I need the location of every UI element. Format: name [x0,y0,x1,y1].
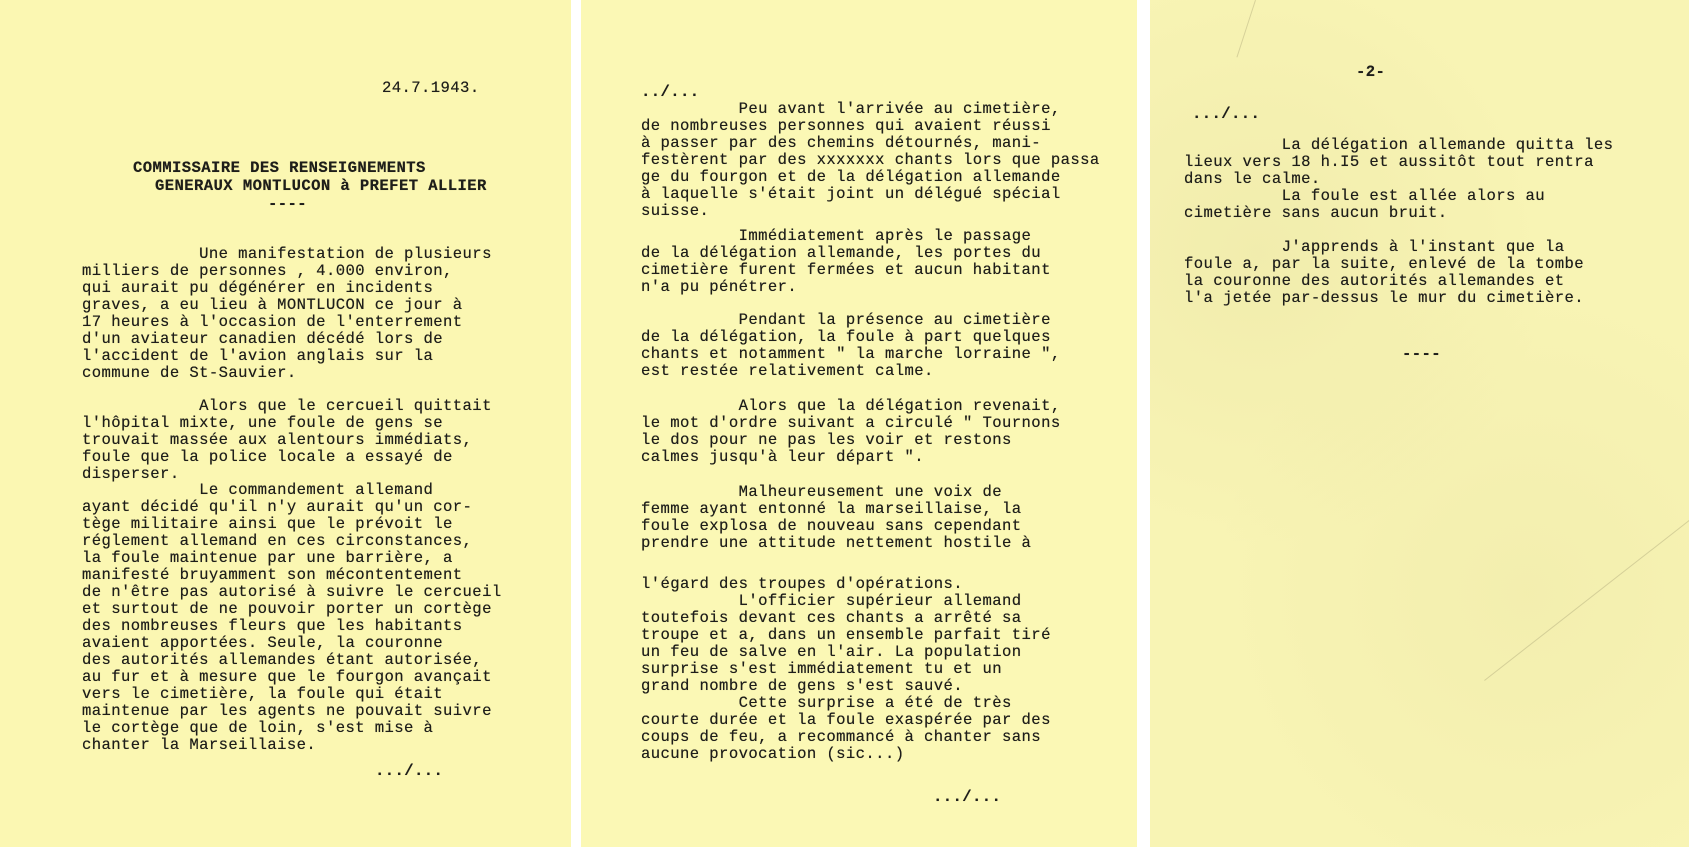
continuation-marker: .../... [933,789,1001,806]
document-page-3: -2- .../... La délégation allemande quit… [1150,0,1689,847]
text-line: cimetière sans aucun bruit. [1184,205,1447,222]
text-line: dans le calme. [1184,171,1321,188]
text-line: Une manifestation de plusieurs [82,246,492,263]
text-line: La délégation allemande quitta les [1184,137,1613,154]
text-line: calmes jusqu'à leur départ ". [641,449,924,466]
text-line: troupe et a, dans un ensemble parfait ti… [641,627,1051,644]
text-line: manifesté bruyamment son mécontentement [82,567,463,584]
text-line: surprise s'est immédiatement tu et un [641,661,1002,678]
text-line: La foule est allée alors au [1184,188,1545,205]
text-line: Pendant la présence au cimetière [641,312,1051,329]
text-line: Alors que le cercueil quittait [82,398,492,415]
text-line: l'accident de l'avion anglais sur la [82,348,433,365]
continuation-marker-top: .../... [1192,106,1260,123]
text-line: Alors que la délégation revenait, [641,398,1061,415]
text-line: la foule maintenue par une barrière, a [82,550,453,567]
text-line: vers le cimetière, la foule qui était [82,686,443,703]
text-line: graves, a eu lieu à MONTLUCON ce jour à [82,297,463,314]
text-line: le cortège que de loin, s'est mise à [82,720,433,737]
text-line: des nombreuses fleurs que les habitants [82,618,463,635]
text-line: Immédiatement après le passage [641,228,1031,245]
text-line: chants et notamment " la marche lorraine… [641,346,1061,363]
text-line: coups de feu, a recommancé à chanter san… [641,729,1041,746]
text-line: avaient apportées. Seule, la couronne [82,635,443,652]
text-line: la couronne des autorités allemandes et [1184,273,1565,290]
text-line: l'a jetée par-dessus le mur du cimetière… [1184,290,1584,307]
text-line: femme ayant entonné la marseillaise, la [641,501,1022,518]
end-divider: ---- [1402,346,1441,363]
text-line: réglement allemand en ces circonstances, [82,533,472,550]
text-line: d'un aviateur canadien décédé lors de [82,331,443,348]
text-line: toutefois devant ces chants a arrêté sa [641,610,1022,627]
page-number: -2- [1356,64,1385,81]
text-line: foule que la police locale a essayé de [82,449,453,466]
text-line: foule a, par la suite, enlevé de la tomb… [1184,256,1584,273]
continuation-marker-top: ../... [641,84,700,101]
text-line: Peu avant l'arrivée au cimetière, [641,101,1061,118]
text-line: n'a pu pénétrer. [641,279,797,296]
paper-crease [1236,0,1255,57]
text-line: aucune provocation (sic...) [641,746,904,763]
text-line: maintenue par les agents ne pouvait suiv… [82,703,492,720]
text-line: Malheureusement une voix de [641,484,1002,501]
text-line: tège militaire ainsi que le prévoit le [82,516,453,533]
text-line: milliers de personnes , 4.000 environ, [82,263,453,280]
text-line: est restée relativement calme. [641,363,934,380]
text-line: un feu de salve en l'air. La population [641,644,1022,661]
text-line: ayant décidé qu'il n'y aurait qu'un cor- [82,499,472,516]
text-line: prendre une attitude nettement hostile à [641,535,1031,552]
document-page-2: ../... Peu avant l'arrivée au cimetière,… [581,0,1137,847]
text-line: courte durée et la foule exaspérée par d… [641,712,1051,729]
date: 24.7.1943. [382,80,480,97]
header-divider: ---- [268,196,307,213]
text-line: foule explosa de nouveau sans cependant [641,518,1022,535]
text-line: Cette surprise a été de très [641,695,1012,712]
text-line: et surtout de ne pouvoir porter un cortè… [82,601,492,618]
text-line: de nombreuses personnes qui avaient réus… [641,118,1051,135]
text-line: l'égard des troupes d'opérations. [641,576,963,593]
header-line-1: COMMISSAIRE DES RENSEIGNEMENTS [133,160,426,177]
text-line: cimetière furent fermées et aucun habita… [641,262,1051,279]
text-line: à passer par des chemins détournés, mani… [641,135,1041,152]
text-line: le mot d'ordre suivant a circulé " Tourn… [641,415,1061,432]
text-line: Le commandement allemand [82,482,433,499]
text-line: des autorités allemandes étant autorisée… [82,652,482,669]
text-line: ge du fourgon et de la délégation allema… [641,169,1061,186]
text-line: de n'être pas autorisé à suivre le cercu… [82,584,502,601]
text-line: festèrent par des xxxxxxx chants lors qu… [641,152,1100,169]
text-line: de la délégation allemande, les portes d… [641,245,1041,262]
text-line: chanter la Marseillaise. [82,737,316,754]
text-line: J'apprends à l'instant que la [1184,239,1565,256]
continuation-marker: .../... [375,763,443,780]
text-line: de la délégation, la foule à part quelqu… [641,329,1051,346]
text-line: l'hôpital mixte, une foule de gens se [82,415,443,432]
text-line: suisse. [641,203,709,220]
header-line-2: GENERAUX MONTLUCON à PREFET ALLIER [155,178,487,195]
text-line: le dos pour ne pas les voir et restons [641,432,1012,449]
document-page-1: 24.7.1943. COMMISSAIRE DES RENSEIGNEMENT… [0,0,571,847]
text-line: lieux vers 18 h.I5 et aussitôt tout rent… [1184,154,1594,171]
text-line: à laquelle s'était joint un délégué spéc… [641,186,1061,203]
text-line: 17 heures à l'occasion de l'enterrement [82,314,463,331]
paper-crease [1484,520,1689,681]
text-line: L'officier supérieur allemand [641,593,1022,610]
text-line: grand nombre de gens s'est sauvé. [641,678,963,695]
text-line: au fur et à mesure que le fourgon avança… [82,669,492,686]
text-line: trouvait massée aux alentours immédiats, [82,432,472,449]
text-line: qui aurait pu dégénérer en incidents [82,280,433,297]
text-line: commune de St-Sauvier. [82,365,297,382]
